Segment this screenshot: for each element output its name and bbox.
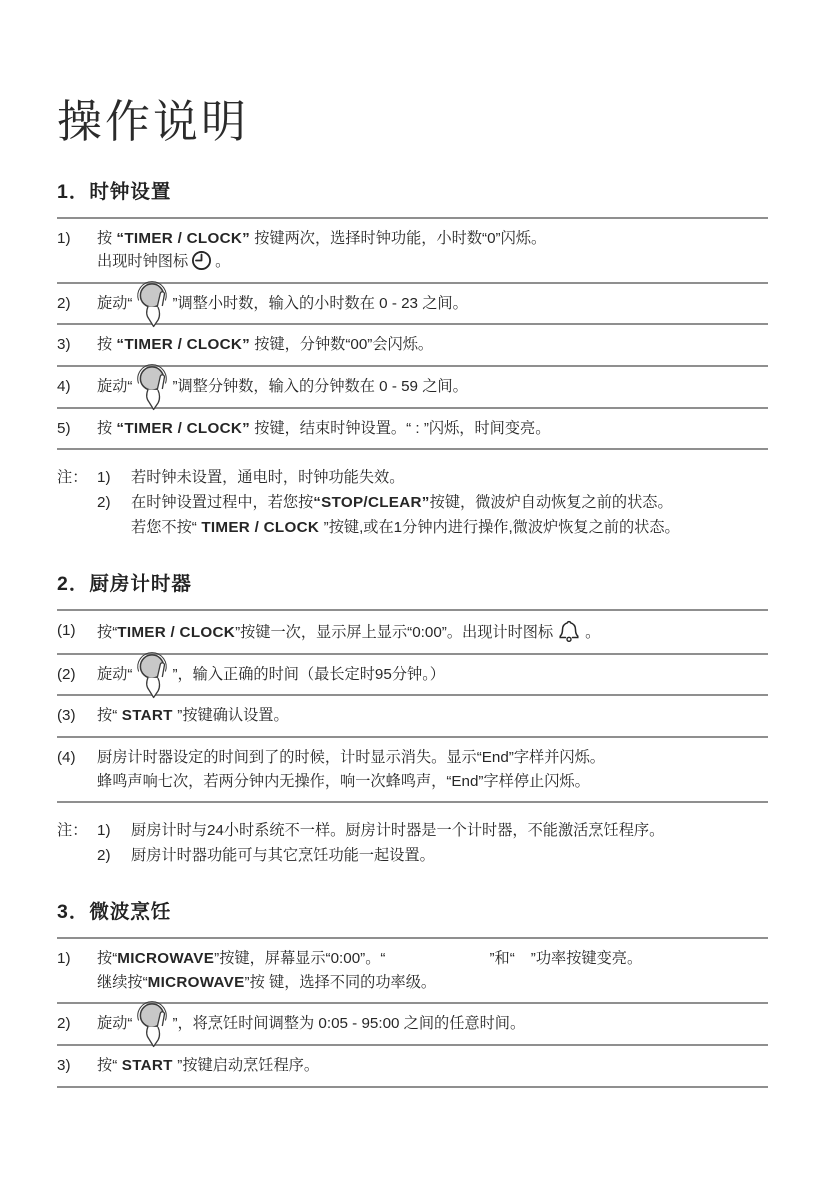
text-run: 按“ [97, 707, 117, 724]
text-line: 在时钟设置过程中，若您按“STOP/CLEAR”按键，微波炉自动恢复之前的状态。 [131, 490, 768, 515]
text-run: 厨房计时器功能可与其它烹饪功能一起设置。 [131, 847, 435, 864]
step-row: 4)旋动“”调整分钟数，输入的分钟数在 0 - 59 之间。 [57, 367, 768, 407]
clock-icon [191, 250, 212, 271]
text-run: 按键，微波炉自动恢复之前的状态。 [430, 494, 673, 511]
text-line: 按 “TIMER / CLOCK” 按键，结束时钟设置。“ : ”闪烁，时间变亮… [97, 417, 768, 441]
steps-list-microwave: 1)按“MICROWAVE”按键，屏幕显示“0:00”。“”和“”功率按键变亮。… [57, 937, 768, 1087]
section-heading-clock: 1．时钟设置 [57, 176, 768, 204]
text-run: 若您不按“ [131, 519, 197, 536]
note-item: 1)厨房计时与24小时系统不一样。厨房计时器是一个计时器，不能激活烹饪程序。 [97, 818, 768, 843]
step-text: 旋动“”调整小时数，输入的小时数在 0 - 23 之间。 [97, 292, 768, 316]
note-label: 注： [57, 465, 97, 540]
key-name-bold: START [117, 1057, 177, 1074]
step-number: 1) [57, 947, 97, 971]
text-run: 旋动“ [97, 378, 132, 395]
step-row: (2)旋动“”，输入正确的时间（最长定时95分钟。） [57, 655, 768, 695]
text-line: 按 “TIMER / CLOCK” 按键两次，选择时钟功能，小时数“0”闪烁。 [97, 227, 768, 251]
step-number: 1) [57, 227, 97, 251]
rotary-knob-icon [134, 663, 170, 683]
step-row: (3)按“ START ”按键确认设置。 [57, 696, 768, 736]
text-line: 出现时钟图标。 [97, 250, 768, 274]
text-line: 按 “TIMER / CLOCK” 按键，分钟数“00”会闪烁。 [97, 333, 768, 357]
text-run: 按键，分钟数“00”会闪烁。 [250, 336, 433, 353]
step-row: 1)按“MICROWAVE”按键，屏幕显示“0:00”。“”和“”功率按键变亮。… [57, 939, 768, 1002]
text-line: 按“TIMER / CLOCK”按键一次，显示屏上显示“0:00”。出现计时图标… [97, 619, 768, 645]
step-number: (4) [57, 746, 97, 770]
step-row: (1)按“TIMER / CLOCK”按键一次，显示屏上显示“0:00”。出现计… [57, 611, 768, 653]
rotary-knob-icon [134, 1012, 170, 1032]
steps-list-clock: 1)按 “TIMER / CLOCK” 按键两次，选择时钟功能，小时数“0”闪烁… [57, 217, 768, 450]
text-line: 厨房计时器功能可与其它烹饪功能一起设置。 [131, 843, 768, 868]
step-number: (1) [57, 619, 97, 643]
step-row: (4)厨房计时器设定的时间到了的时候，计时显示消失。显示“End”字样并闪烁。蜂… [57, 738, 768, 801]
step-row: 2)旋动“”，将烹饪时间调整为 0:05 - 95:00 之间的任意时间。 [57, 1004, 768, 1044]
notes-block-clock: 注：1)若时钟未设置，通电时，时钟功能失效。2)在时钟设置过程中，若您按“STO… [57, 465, 768, 540]
text-run: 。 [215, 253, 230, 270]
text-run: ”按 键，选择不同的功率级。 [245, 974, 437, 991]
step-text: 旋动“”调整分钟数，输入的分钟数在 0 - 59 之间。 [97, 375, 768, 399]
text-run: 出现时钟图标 [97, 253, 188, 270]
text-run: 厨房计时器设定的时间到了的时候，计时显示消失。显示“End”字样并闪烁。 [97, 749, 605, 766]
key-name-bold: “TIMER / CLOCK” [116, 336, 250, 353]
step-number: (3) [57, 704, 97, 728]
key-name-bold: “TIMER / CLOCK” [116, 230, 250, 247]
note-item: 2)在时钟设置过程中，若您按“STOP/CLEAR”按键，微波炉自动恢复之前的状… [97, 490, 768, 540]
timer-bell-icon [559, 619, 579, 643]
text-run: 蜂鸣声响七次，若两分钟内无操作，响一次蜂鸣声，“End”字样停止闪烁。 [97, 773, 590, 790]
note-item: 2)厨房计时器功能可与其它烹饪功能一起设置。 [97, 843, 768, 868]
step-text: 按“MICROWAVE”按键，屏幕显示“0:00”。“”和“”功率按键变亮。继续… [97, 947, 768, 994]
step-row: 3)按“ START ”按键启动烹饪程序。 [57, 1046, 768, 1086]
text-run: 旋动“ [97, 666, 132, 683]
text-run: ”按键一次，显示屏上显示“0:00”。出现计时图标 [235, 624, 553, 641]
step-number: 2) [57, 1012, 97, 1036]
note-text: 若时钟未设置，通电时，时钟功能失效。 [131, 465, 768, 490]
text-run: 按 [97, 230, 116, 247]
text-line: 若您不按“ TIMER / CLOCK ”按键,或在1分钟内进行操作,微波炉恢复… [131, 515, 768, 540]
text-run: ”功率按键变亮。 [531, 950, 642, 967]
text-run: 厨房计时与24小时系统不一样。厨房计时器是一个计时器，不能激活烹饪程序。 [131, 822, 664, 839]
step-number: 4) [57, 375, 97, 399]
key-name-bold: MICROWAVE [117, 950, 214, 967]
key-name-bold: MICROWAVE [148, 974, 245, 991]
divider-rule [57, 448, 768, 450]
key-name-bold: START [117, 707, 177, 724]
text-run: ”按键,或在1分钟内进行操作,微波炉恢复之前的状态。 [324, 519, 680, 536]
text-run: ”按键启动烹饪程序。 [177, 1057, 319, 1074]
rotary-knob-icon [134, 292, 170, 312]
text-run: 旋动“ [97, 1015, 132, 1032]
text-line: 按“ START ”按键确认设置。 [97, 704, 768, 728]
text-line: 按“MICROWAVE”按键，屏幕显示“0:00”。“”和“”功率按键变亮。 [97, 947, 768, 971]
step-text: 按“TIMER / CLOCK”按键一次，显示屏上显示“0:00”。出现计时图标… [97, 619, 768, 645]
section-clock-setting: 1．时钟设置 1)按 “TIMER / CLOCK” 按键两次，选择时钟功能，小… [57, 176, 768, 541]
text-line: 继续按“MICROWAVE”按 键，选择不同的功率级。 [97, 971, 768, 995]
step-row: 2)旋动“”调整小时数，输入的小时数在 0 - 23 之间。 [57, 284, 768, 324]
text-run: 按键，结束时钟设置。“ : ”闪烁，时间变亮。 [250, 420, 550, 437]
text-run: 按“ [97, 624, 117, 641]
section-heading-timer: 2．厨房计时器 [57, 568, 768, 596]
text-run: 按 [97, 420, 116, 437]
step-text: 厨房计时器设定的时间到了的时候，计时显示消失。显示“End”字样并闪烁。蜂鸣声响… [97, 746, 768, 793]
note-number: 1) [97, 818, 131, 843]
text-run: ”调整分钟数，输入的分钟数在 0 - 59 之间。 [172, 378, 467, 395]
step-text: 按 “TIMER / CLOCK” 按键两次，选择时钟功能，小时数“0”闪烁。出… [97, 227, 768, 274]
text-run: 旋动“ [97, 295, 132, 312]
step-row: 1)按 “TIMER / CLOCK” 按键两次，选择时钟功能，小时数“0”闪烁… [57, 219, 768, 282]
document-page: 操作说明 1．时钟设置 1)按 “TIMER / CLOCK” 按键两次，选择时… [0, 0, 821, 1088]
step-row: 5)按 “TIMER / CLOCK” 按键，结束时钟设置。“ : ”闪烁，时间… [57, 409, 768, 449]
step-text: 按“ START ”按键确认设置。 [97, 704, 768, 728]
text-run: ”按键，屏幕显示“0:00”。“ [214, 950, 385, 967]
text-run: 按“ [97, 950, 117, 967]
text-run: 按 [97, 336, 116, 353]
notes-block-timer: 注：1)厨房计时与24小时系统不一样。厨房计时器是一个计时器，不能激活烹饪程序。… [57, 818, 768, 868]
blank-space [515, 962, 531, 963]
key-name-bold: “TIMER / CLOCK” [116, 420, 250, 437]
text-line: 厨房计时器设定的时间到了的时候，计时显示消失。显示“End”字样并闪烁。 [97, 746, 768, 770]
text-run: ”，输入正确的时间（最长定时95分钟。） [172, 666, 445, 683]
step-number: 3) [57, 1054, 97, 1078]
step-number: 2) [57, 292, 97, 316]
step-text: 旋动“”，将烹饪时间调整为 0:05 - 95:00 之间的任意时间。 [97, 1012, 768, 1036]
text-line: 按“ START ”按键启动烹饪程序。 [97, 1054, 768, 1078]
step-number: 3) [57, 333, 97, 357]
note-label: 注： [57, 818, 97, 868]
text-run: 按“ [97, 1057, 117, 1074]
text-line: 蜂鸣声响七次，若两分钟内无操作，响一次蜂鸣声，“End”字样停止闪烁。 [97, 770, 768, 794]
note-number: 2) [97, 490, 131, 515]
text-run: 若时钟未设置，通电时，时钟功能失效。 [131, 469, 404, 486]
note-text: 在时钟设置过程中，若您按“STOP/CLEAR”按键，微波炉自动恢复之前的状态。… [131, 490, 768, 540]
step-text: 按 “TIMER / CLOCK” 按键，分钟数“00”会闪烁。 [97, 333, 768, 357]
steps-list-timer: (1)按“TIMER / CLOCK”按键一次，显示屏上显示“0:00”。出现计… [57, 609, 768, 803]
text-run: 按键两次，选择时钟功能，小时数“0”闪烁。 [250, 230, 546, 247]
note-text: 厨房计时器功能可与其它烹饪功能一起设置。 [131, 843, 768, 868]
blank-space [385, 962, 489, 963]
page-title: 操作说明 [57, 96, 768, 148]
text-run: ”按键确认设置。 [177, 707, 288, 724]
section-microwave-cooking: 3．微波烹饪 1)按“MICROWAVE”按键，屏幕显示“0:00”。“”和“”… [57, 896, 768, 1087]
note-number: 2) [97, 843, 131, 868]
note-items: 1)厨房计时与24小时系统不一样。厨房计时器是一个计时器，不能激活烹饪程序。2)… [97, 818, 768, 868]
key-name-bold: “STOP/CLEAR” [313, 494, 429, 511]
divider-rule [57, 1086, 768, 1088]
text-run: ”调整小时数，输入的小时数在 0 - 23 之间。 [172, 295, 467, 312]
section-kitchen-timer: 2．厨房计时器 (1)按“TIMER / CLOCK”按键一次，显示屏上显示“0… [57, 568, 768, 868]
key-name-bold: TIMER / CLOCK [197, 519, 324, 536]
note-text: 厨房计时与24小时系统不一样。厨房计时器是一个计时器，不能激活烹饪程序。 [131, 818, 768, 843]
note-items: 1)若时钟未设置，通电时，时钟功能失效。2)在时钟设置过程中，若您按“STOP/… [97, 465, 768, 540]
note-item: 1)若时钟未设置，通电时，时钟功能失效。 [97, 465, 768, 490]
step-text: 按“ START ”按键启动烹饪程序。 [97, 1054, 768, 1078]
text-line: 旋动“”调整分钟数，输入的分钟数在 0 - 59 之间。 [97, 375, 768, 399]
text-line: 旋动“”调整小时数，输入的小时数在 0 - 23 之间。 [97, 292, 768, 316]
rotary-knob-icon [134, 375, 170, 395]
text-line: 若时钟未设置，通电时，时钟功能失效。 [131, 465, 768, 490]
text-run: 。 [585, 624, 600, 641]
text-run: ”，将烹饪时间调整为 0:05 - 95:00 之间的任意时间。 [172, 1015, 525, 1032]
step-row: 3)按 “TIMER / CLOCK” 按键，分钟数“00”会闪烁。 [57, 325, 768, 365]
divider-rule [57, 801, 768, 803]
step-text: 按 “TIMER / CLOCK” 按键，结束时钟设置。“ : ”闪烁，时间变亮… [97, 417, 768, 441]
text-line: 旋动“”，输入正确的时间（最长定时95分钟。） [97, 663, 768, 687]
section-heading-microwave: 3．微波烹饪 [57, 896, 768, 924]
note-number: 1) [97, 465, 131, 490]
key-name-bold: TIMER / CLOCK [117, 624, 235, 641]
text-run: 在时钟设置过程中，若您按 [131, 494, 313, 511]
text-run: ”和“ [489, 950, 514, 967]
step-number: (2) [57, 663, 97, 687]
text-line: 旋动“”，将烹饪时间调整为 0:05 - 95:00 之间的任意时间。 [97, 1012, 768, 1036]
step-number: 5) [57, 417, 97, 441]
text-line: 厨房计时与24小时系统不一样。厨房计时器是一个计时器，不能激活烹饪程序。 [131, 818, 768, 843]
text-run: 继续按“ [97, 974, 148, 991]
step-text: 旋动“”，输入正确的时间（最长定时95分钟。） [97, 663, 768, 687]
